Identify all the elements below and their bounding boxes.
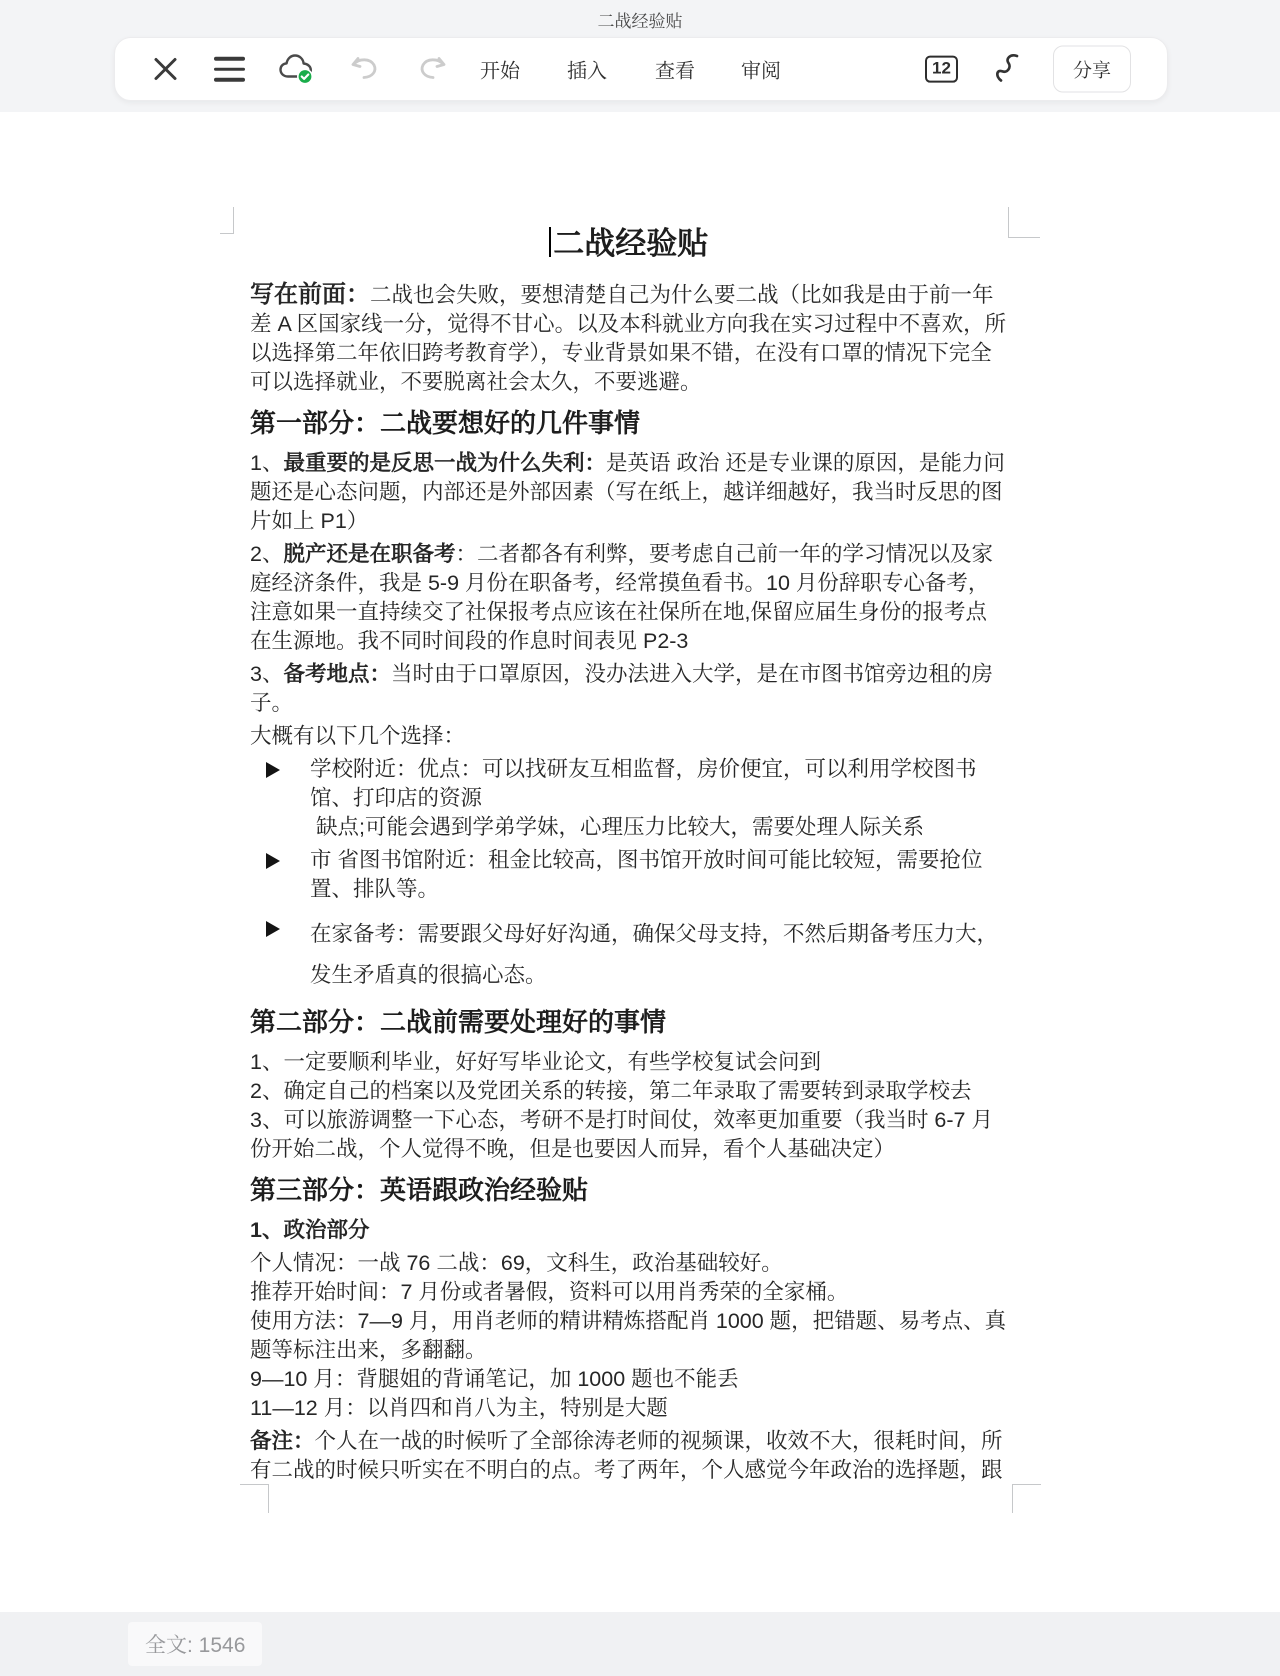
- heading-part3[interactable]: 第三部分：英语跟政治经验贴: [250, 1172, 1007, 1208]
- paragraph-politics-head[interactable]: 1、政治部分: [250, 1216, 1007, 1245]
- pen-squiggle-icon[interactable]: [991, 51, 1023, 87]
- doc-title[interactable]: 二战经验贴: [250, 222, 1007, 266]
- paragraph-part2-items[interactable]: 1、一定要顺利毕业，好好写毕业论文，有些学校复试会问到2、确定自己的档案以及党团…: [250, 1048, 1007, 1164]
- bullet-library[interactable]: 市 省图书馆附近：租金比较高，图书馆开放时间可能比较短，需要抢位置、排队等。: [250, 846, 1007, 904]
- close-icon[interactable]: [152, 56, 179, 83]
- window-title: 二战经验贴: [0, 7, 1280, 32]
- share-button[interactable]: 分享: [1053, 46, 1131, 93]
- bullet-arrow-icon: [266, 846, 310, 904]
- tab-view[interactable]: 查看: [655, 55, 695, 84]
- tab-insert[interactable]: 插入: [567, 55, 607, 84]
- paragraph-item3[interactable]: 3、备考地点：当时由于口罩原因，没办法进入大学，是在市图书馆旁边租的房子。: [250, 660, 1007, 718]
- bullet-home[interactable]: 在家备考：需要跟父母好好沟通，确保父母支持，不然后期备考压力大，发生矛盾真的很搞…: [250, 914, 1007, 996]
- document-content[interactable]: 二战经验贴写在前面：二战也会失败，要想清楚自己为什么要二战（比如我是由于前一年差…: [250, 222, 1007, 1489]
- tab-start[interactable]: 开始: [480, 55, 520, 84]
- menu-icon[interactable]: [214, 57, 245, 82]
- tab-review[interactable]: 审阅: [741, 55, 781, 84]
- bullet-arrow-icon: [266, 914, 310, 996]
- margin-corner-top-right-icon: [1008, 207, 1040, 238]
- paragraph-foreword[interactable]: 写在前面：二战也会失败，要想清楚自己为什么要二战（比如我是由于前一年差 A 区国…: [250, 280, 1007, 397]
- heading-part1[interactable]: 第一部分：二战要想好的几件事情: [250, 405, 1007, 441]
- bullet-text: 市 省图书馆附近：租金比较高，图书馆开放时间可能比较短，需要抢位置、排队等。: [310, 846, 1007, 904]
- paragraph-politics-body[interactable]: 个人情况：一战 76 二战：69，文科生，政治基础较好。推荐开始时间：7 月份或…: [250, 1249, 1007, 1423]
- cloud-saved-icon[interactable]: [278, 53, 316, 86]
- margin-corner-bottom-right-icon: [1012, 1484, 1041, 1513]
- margin-corner-top-left-icon: [220, 207, 234, 234]
- status-bar: 全文: 1546: [0, 1612, 1280, 1676]
- redo-icon[interactable]: [417, 55, 450, 83]
- paragraph-remark[interactable]: 备注：个人在一战的时候听了全部徐涛老师的视频课，收效不大，很耗时间，所有二战的时…: [250, 1427, 1007, 1485]
- bullet-text: 在家备考：需要跟父母好好沟通，确保父母支持，不然后期备考压力大，发生矛盾真的很搞…: [310, 914, 1007, 996]
- paragraph-choices[interactable]: 大概有以下几个选择：: [250, 722, 1007, 751]
- undo-icon[interactable]: [347, 55, 380, 83]
- toolbar: 开始 插入 查看 审阅 12 分享: [114, 37, 1168, 101]
- bullet-school[interactable]: 学校附近：优点：可以找研友互相监督，房价便宜，可以利用学校图书馆、打印店的资源 …: [250, 755, 1007, 842]
- paragraph-item1[interactable]: 1、最重要的是反思一战为什么失利：是英语 政治 还是专业课的原因，是能力问题还是…: [250, 449, 1007, 536]
- bullet-text: 学校附近：优点：可以找研友互相监督，房价便宜，可以利用学校图书馆、打印店的资源 …: [310, 755, 1007, 842]
- bullet-arrow-icon: [266, 755, 310, 842]
- word-count-badge: 全文: 1546: [128, 1622, 262, 1666]
- page-number-badge[interactable]: 12: [925, 56, 958, 83]
- paragraph-item2[interactable]: 2、脱产还是在职备考：二者都各有利弊，要考虑自己前一年的学习情况以及家庭经济条件…: [250, 540, 1007, 656]
- heading-part2[interactable]: 第二部分：二战前需要处理好的事情: [250, 1004, 1007, 1040]
- text-cursor: [549, 227, 552, 257]
